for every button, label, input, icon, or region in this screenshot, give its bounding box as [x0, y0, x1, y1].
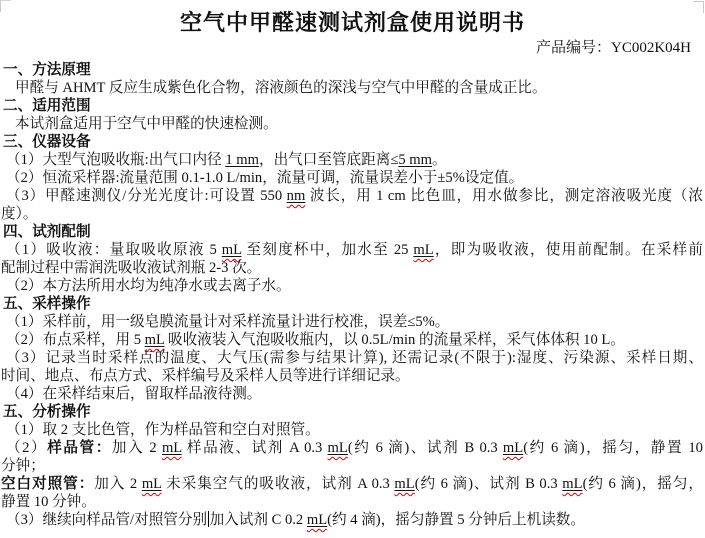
text-segment: (约 4 滴)，摇匀静置 5 分钟后上机读数。 [327, 512, 585, 528]
text-segment: （2）恒流采样器:流量范围 0.1-1.0 L/min，流量可调，流量误差小于±… [6, 170, 523, 186]
text-segment: nm [287, 188, 306, 204]
table-corner-mark [0, 0, 11, 12]
text-line: （2）布点采样，用 5 mL 吸收液装入气泡吸收瓶内，以 0.5L/min 的流… [0, 331, 705, 349]
text-segment: （3）甲醛速测仪/分光光度计:可设置 550 [6, 188, 287, 204]
table-corner-mark [693, 1, 704, 13]
text-segment: 本试剂盒适用于空气中甲醛的快速检测。 [15, 116, 278, 132]
text-segment: 空白对照管： [1, 476, 94, 492]
text-segment: 吸收液装入气泡吸收瓶内，以 0.5L/min 的流量采样，采气体体积 10 L。 [164, 332, 625, 348]
text-segment: 五、分析操作 [3, 404, 91, 420]
text-line: 静置 10 分钟。 [0, 493, 705, 511]
text-segment: 一、方法原理 [3, 62, 91, 78]
text-line: 度）。 [0, 205, 705, 223]
text-line: （2）本方法所用水均为纯净水或去离子水。 [0, 277, 705, 295]
text-segment: mL [503, 440, 523, 456]
text-segment: ，即为吸收液，使用前配制。在采样前 [434, 242, 703, 258]
text-segment: 至刻度杯中，加水至 25 [242, 242, 414, 258]
text-line: 四、试剂配制 [0, 223, 705, 241]
text-segment: （1）大型气泡吸收瓶:出气口内径 [6, 152, 225, 168]
text-line: 本试剂盒适用于空气中甲醛的快速检测。 [0, 115, 705, 133]
text-segment: mL [222, 242, 242, 258]
text-segment: mL [328, 440, 348, 456]
text-segment: mL [394, 476, 414, 492]
text-line: （1）采样前，用一级皂膜流量计对采样流量计进行校准，误差≤5%。 [0, 313, 705, 331]
text-line: 二、适用范围 [0, 97, 705, 115]
text-segment: mL [307, 512, 327, 528]
text-segment: 样品管： [47, 440, 112, 456]
spellcheck-flagged-text: mL [394, 476, 414, 492]
text-line: 五、采样操作 [0, 295, 705, 313]
text-line: 分钟； [0, 457, 705, 475]
text-segment: mL [562, 476, 582, 492]
text-line: 三、仪器设备 [0, 133, 705, 151]
text-line: （1）大型气泡吸收瓶:出气口内径 1 mm，出气口至管底距离≤5 mm。 [0, 151, 705, 169]
text-segment: （1）吸收液：量取吸收原液 5 [6, 242, 222, 258]
text-segment: 甲醛与 AHMT 反应生成紫色化合物，溶液颜色的深浅与空气中甲醛的含量成正比。 [15, 80, 547, 96]
spellcheck-flagged-text: mL [222, 242, 242, 258]
text-segment: (约 6 滴)、试剂 B 0.3 [415, 476, 563, 492]
text-segment: 未采集空气的吸收液，试剂 A 0.3 [162, 476, 395, 492]
text-segment: （1）采样前，用一级皂膜流量计对采样流量计进行校准，误差≤5%。 [6, 314, 449, 330]
text-segment: (约 6 滴)，摇匀，静置 10 [523, 440, 703, 456]
text-line: 时间、地点、布点方式、采样编号及采样人员等进行详细记录。 [0, 367, 705, 385]
text-line: （4）在采样结束后，留取样品液待测。 [0, 385, 705, 403]
text-segment: mL [162, 440, 182, 456]
text-segment: （2）本方法所用水均为纯净水或去离子水。 [6, 278, 291, 294]
spellcheck-flagged-text: mL [142, 476, 162, 492]
text-line: （1）取 2 支比色管，作为样品管和空白对照管。 [0, 421, 705, 439]
document-page[interactable]: 空气中甲醛速测试剂盒使用说明书 产品编号：YC002K04H 一、方法原理甲醛与… [0, 0, 705, 538]
text-segment: （2）布点采样，用 5 [6, 332, 145, 348]
text-line: （1）吸收液：量取吸收原液 5 mL 至刻度杯中，加水至 25 mL，即为吸收液… [0, 241, 705, 259]
text-segment: 分钟； [1, 458, 45, 474]
text-segment: (约 6 滴)，摇匀， [583, 476, 703, 492]
spellcheck-flagged-text: mL [307, 512, 327, 528]
text-segment: 二、适用范围 [3, 98, 91, 114]
text-segment: mL [145, 332, 165, 348]
text-segment: 5 mm [398, 152, 432, 168]
text-segment: 。 [432, 152, 447, 168]
document-body[interactable]: 一、方法原理甲醛与 AHMT 反应生成紫色化合物，溶液颜色的深浅与空气中甲醛的含… [0, 61, 705, 529]
text-segment: （3）记录当时采样点的温度、大气压(需参与结果计算), 还需记录(不限于):湿度… [6, 350, 703, 366]
text-line: （3）甲醛速测仪/分光光度计:可设置 550 nm 波长，用 1 cm 比色皿，… [0, 187, 705, 205]
text-line: 配制过程中需润洗吸收液试剂瓶 2-3 次。 [0, 259, 705, 277]
text-segment: 样品液、试剂 A 0.3 [182, 440, 328, 456]
text-segment: (约 6 滴)、试剂 B 0.3 [348, 440, 503, 456]
text-line: 空白对照管：加入 2 mL 未采集空气的吸收液，试剂 A 0.3 mL(约 6 … [0, 475, 705, 493]
text-segment: （3）继续向样品管/对照管分别 [6, 512, 207, 528]
text-segment: mL [142, 476, 162, 492]
text-line: 一、方法原理 [0, 61, 705, 79]
text-segment: （1）取 2 支比色管，作为样品管和空白对照管。 [6, 422, 320, 438]
text-segment: 时间、地点、布点方式、采样编号及采样人员等进行详细记录。 [1, 368, 410, 384]
text-segment: 波长，用 1 cm 比色皿，用水做参比，测定溶液吸光度（浓 [305, 188, 703, 204]
text-line: （2）恒流采样器:流量范围 0.1-1.0 L/min，流量可调，流量误差小于±… [0, 169, 705, 187]
text-segment: 加入 2 [94, 476, 142, 492]
product-number: 产品编号：YC002K04H [0, 39, 705, 58]
text-segment: 加入试剂 C 0.2 [210, 512, 307, 528]
spellcheck-flagged-text: mL [562, 476, 582, 492]
spellcheck-flagged-text: mL [503, 440, 523, 456]
text-line: （2）样品管：加入 2 mL 样品液、试剂 A 0.3 mL(约 6 滴)、试剂… [0, 439, 705, 457]
spellcheck-flagged-text: mL [328, 440, 348, 456]
spellcheck-flagged-text: mL [413, 242, 433, 258]
document-title: 空气中甲醛速测试剂盒使用说明书 [0, 8, 705, 38]
text-line: （3）继续向样品管/对照管分别加入试剂 C 0.2 mL(约 4 滴)，摇匀静置… [0, 511, 705, 529]
text-line: （3）记录当时采样点的温度、大气压(需参与结果计算), 还需记录(不限于):湿度… [0, 349, 705, 367]
text-segment: ，出气口至管底距离≤ [259, 152, 398, 168]
text-line: 甲醛与 AHMT 反应生成紫色化合物，溶液颜色的深浅与空气中甲醛的含量成正比。 [0, 79, 705, 97]
text-segment: 五、采样操作 [3, 296, 91, 312]
spellcheck-flagged-text: mL [162, 440, 182, 456]
text-segment: 1 mm [225, 152, 259, 168]
text-segment: 四、试剂配制 [3, 224, 91, 240]
text-segment: （4）在采样结束后，留取样品液待测。 [6, 386, 261, 402]
text-line: 五、分析操作 [0, 403, 705, 421]
text-segment: 三、仪器设备 [3, 134, 91, 150]
text-segment: 加入 2 [112, 440, 162, 456]
text-segment: 配制过程中需润洗吸收液试剂瓶 2-3 次。 [1, 260, 261, 276]
text-segment: （2） [6, 440, 47, 456]
text-segment: 静置 10 分钟。 [1, 494, 96, 510]
spellcheck-flagged-text: nm [287, 188, 306, 204]
text-segment: mL [413, 242, 433, 258]
text-segment: 度）。 [1, 206, 37, 222]
spellcheck-flagged-text: mL [145, 332, 165, 348]
